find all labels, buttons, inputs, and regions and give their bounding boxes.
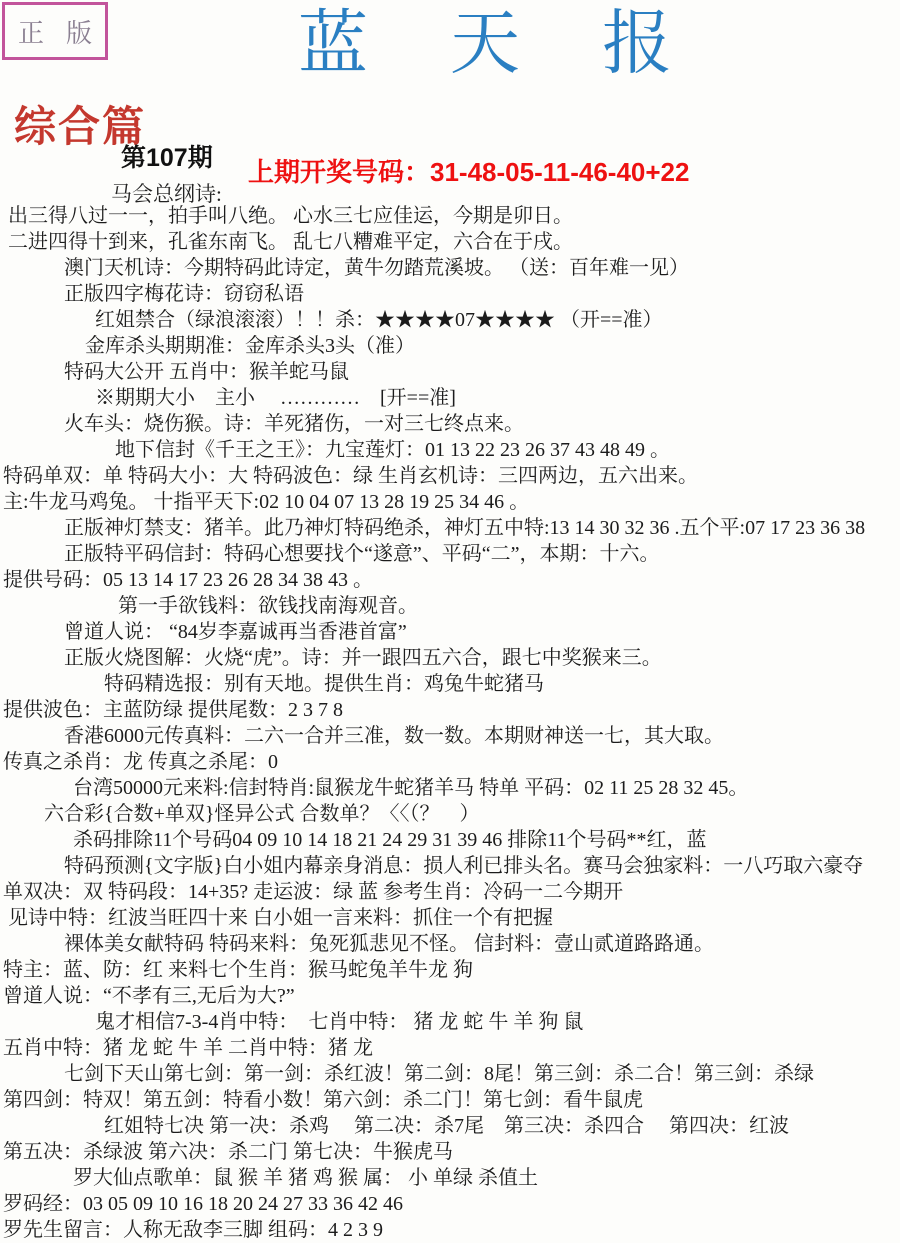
text-line: 单双决：双 特码段：14+35? 走运波：绿 蓝 参考生肖：冷码一二今期开: [0, 879, 900, 905]
text-line: 第五决：杀绿波 第六决：杀二门 第七决：牛猴虎马: [0, 1139, 900, 1165]
newspaper-page: 正版 蓝天报 综合篇 第107期 上期开奖号码：31-48-05-11-46-4…: [0, 0, 900, 1243]
text-line: 提供号码：05 13 14 17 23 26 28 34 38 43 。: [0, 567, 900, 593]
text-line: 六合彩{合数+单双}怪异公式 合数单？〈〈（？ ）: [0, 801, 900, 827]
text-line: 罗大仙点歌单：鼠 猴 羊 猪 鸡 猴 属： 小 单绿 杀值土: [0, 1165, 900, 1191]
text-line: 火车头：烧伤猴。诗：羊死猪伤，一对三七终点来。: [0, 411, 900, 437]
text-line: 曾道人说：“不孝有三,无后为大?”: [0, 983, 900, 1009]
text-line: 特主：蓝、防：红 来料七个生肖：猴马蛇兔羊牛龙 狗: [0, 957, 900, 983]
issue-number: 第107期: [121, 138, 213, 174]
text-line: 传真之杀肖：龙 传真之杀尾：0: [0, 749, 900, 775]
text-line: 红姐禁合（绿浪滚滚）！！杀：★★★★07★★★★ （开==准）: [0, 307, 900, 333]
text-line: 主:牛龙马鸡兔。 十指平天下:02 10 04 07 13 28 19 25 3…: [0, 489, 900, 515]
text-line: 地下信封《千王之王》：九宝莲灯：01 13 22 23 26 37 43 48 …: [0, 437, 900, 463]
previous-draw-numbers: 上期开奖号码：31-48-05-11-46-40+22: [248, 152, 689, 189]
text-line: 红姐特七决 第一决：杀鸡 第二决：杀7尾 第三决：杀四合 第四决：红波: [0, 1113, 900, 1139]
text-line: 曾道人说： “84岁李嘉诚再当香港首富”: [0, 619, 900, 645]
text-line: 澳门天机诗：今期特码此诗定，黄牛勿踏荒溪坡。 （送：百年难一见）: [0, 255, 900, 281]
text-line: 裸体美女献特码 特码来料：兔死狐悲见不怪。 信封料：壹山贰道路路通。: [0, 931, 900, 957]
text-line: ※期期大小 主小 ………… [开==准]: [0, 385, 900, 411]
text-line: 第四剑：特双！第五剑：特看小数！第六剑：杀二门！第七剑：看牛鼠虎: [0, 1087, 900, 1113]
text-line: 第一手欲钱料：欲钱找南海观音。: [0, 593, 900, 619]
text-line: 正版神灯禁支：猪羊。此乃神灯特码绝杀，神灯五中特:13 14 30 32 36 …: [0, 515, 900, 541]
text-line: 台湾50000元来料:信封特肖:鼠猴龙牛蛇猪羊马 特单 平码：02 11 25 …: [0, 775, 900, 801]
text-line: 二进四得十到来，孔雀东南飞。 乱七八糟难平定，六合在于戌。: [0, 229, 900, 255]
text-line: 香港6000元传真料：二六一合并三准，数一数。本期财神送一七，其大取。: [0, 723, 900, 749]
newspaper-title: 蓝天报: [298, 6, 754, 83]
text-line: 特码精选报：别有天地。提供生肖：鸡兔牛蛇猪马: [0, 671, 900, 697]
text-line: 正版特平码信封：特码心想要找个“遂意”、平码“二”，本期：十六。: [0, 541, 900, 567]
text-line: 特码预测{文字版}白小姐内幕亲身消息：损人利已排头名。赛马会独家料：一八巧取六豪…: [0, 853, 900, 879]
body-lines: 出三得八过一一，拍手叫八绝。 心水三七应佳运，今期是卯日。二进四得十到来，孔雀东…: [0, 203, 900, 1243]
text-line: 罗码经：03 05 09 10 16 18 20 24 27 33 36 42 …: [0, 1191, 900, 1217]
text-line: 正版火烧图解：火烧“虎”。诗：并一跟四五六合，跟七中奖猴来三。: [0, 645, 900, 671]
text-line: 罗先生留言：人称无敌李三脚 组码：4 2 3 9: [0, 1217, 900, 1243]
text-line: 见诗中特：红波当旺四十来 白小姐一言来料：抓住一个有把握: [0, 905, 900, 931]
text-line: 杀码排除11个号码04 09 10 14 18 21 24 29 31 39 4…: [0, 827, 900, 853]
text-line: 正版四字梅花诗：窃窃私语: [0, 281, 900, 307]
text-line: 七剑下天山第七剑：第一剑：杀红波！第二剑：8尾！第三剑：杀二合！第三剑：杀绿: [0, 1061, 900, 1087]
edition-badge-label: 正版: [0, 13, 114, 50]
text-line: 金库杀头期期准：金库杀头3头（准）: [0, 333, 900, 359]
text-line: 出三得八过一一，拍手叫八绝。 心水三七应佳运，今期是卯日。: [0, 203, 900, 229]
text-line: 鬼才相信7-3-4肖中特： 七肖中特： 猪 龙 蛇 牛 羊 狗 鼠: [0, 1009, 900, 1035]
edition-badge: 正版: [2, 2, 108, 60]
text-line: 五肖中特：猪 龙 蛇 牛 羊 二肖中特：猪 龙: [0, 1035, 900, 1061]
text-line: 提供波色：主蓝防绿 提供尾数：2 3 7 8: [0, 697, 900, 723]
text-line: 特码大公开 五肖中：猴羊蛇马鼠: [0, 359, 900, 385]
text-line: 特码单双：单 特码大小：大 特码波色：绿 生肖玄机诗：三四两边，五六出来。: [0, 463, 900, 489]
